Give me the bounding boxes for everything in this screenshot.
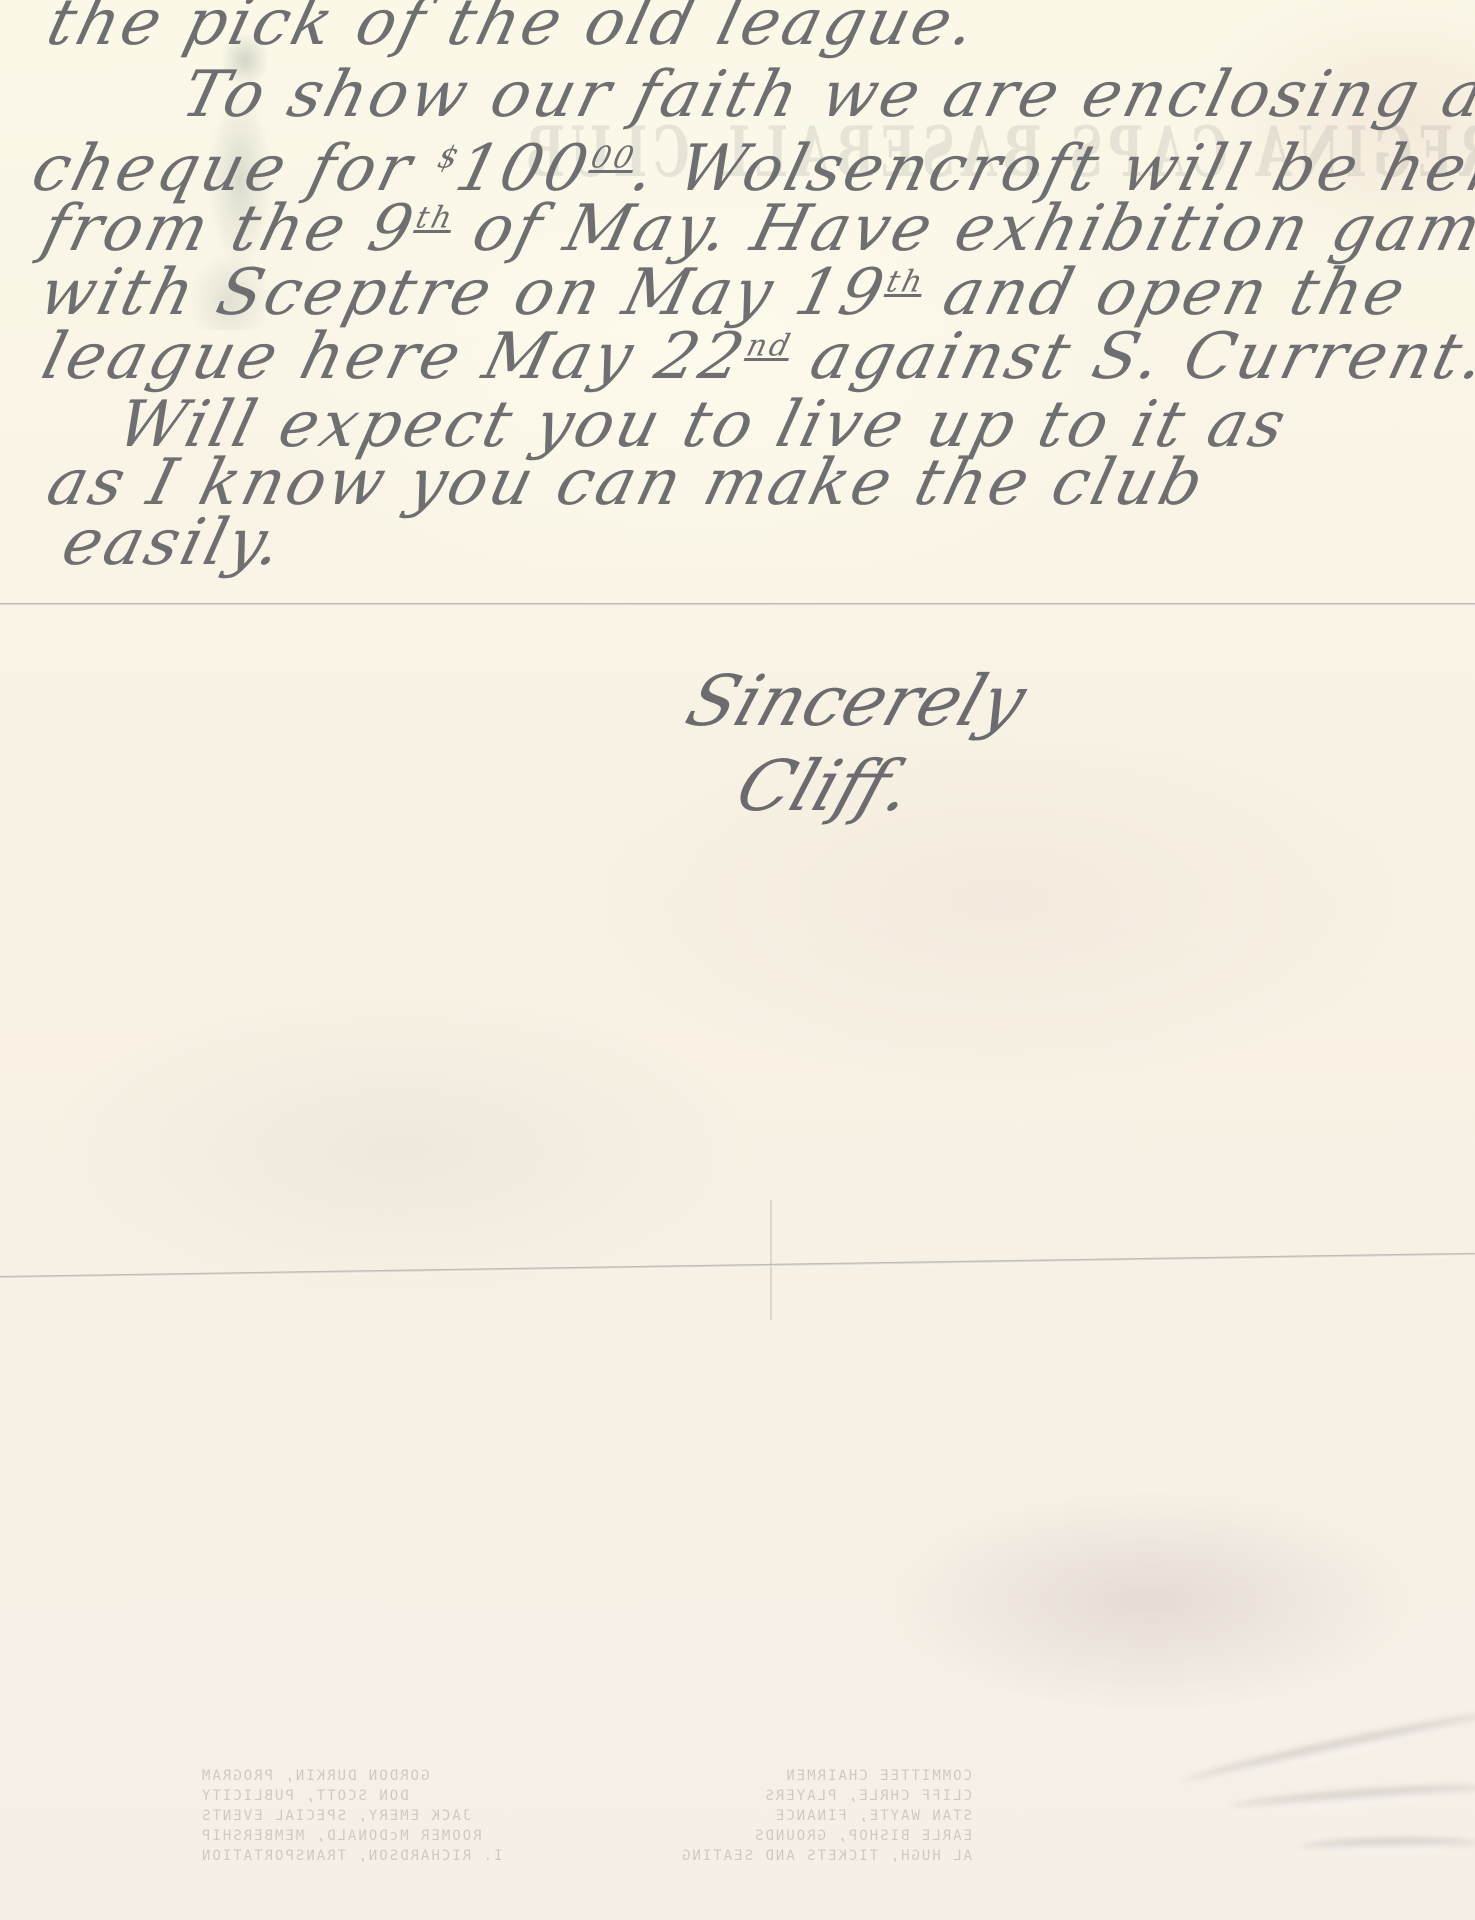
- opponent-text: against S. Current.: [780, 320, 1475, 394]
- footer-line: EARLE BISHOP, GROUNDS: [680, 1826, 972, 1846]
- footer-line: CLIFF CHRLE, PLAYERS: [680, 1786, 972, 1806]
- closing-sincerely: Sincerely: [677, 660, 1037, 742]
- league-text: league here May 22: [35, 320, 754, 394]
- letter-line-6: league here May 22nd against S. Current.: [35, 320, 1475, 394]
- footer-line: COMMITTEE CHAIRMEN: [680, 1766, 972, 1786]
- footer-line: I. RICHARDSON, TRANSPORTATION: [200, 1846, 502, 1866]
- footer-line: GORDON DURKIN, PROGRAM: [200, 1766, 502, 1786]
- footer-left-showthrough: GORDON DURKIN, PROGRAM DON SCOTT, PUBLIC…: [200, 1766, 502, 1866]
- footer-line: STAN WAYTE, FINANCE: [680, 1806, 972, 1826]
- letter-line-4: from the 9th of May. Have exhibition gam…: [35, 192, 1475, 266]
- sceptre-text: with Sceptre on May 19: [32, 256, 894, 330]
- footer-center-showthrough: COMMITTEE CHAIRMEN CLIFF CHRLE, PLAYERS …: [680, 1766, 972, 1866]
- footer-line: AL HUGH, TICKETS AND SEATING: [680, 1846, 972, 1866]
- scanned-letter-page: REGINA CAPS BASEBALL CLUB the pick of th…: [0, 0, 1475, 1920]
- paper-wrinkle: [1230, 1781, 1475, 1813]
- date-text: from the 9: [35, 192, 423, 266]
- vertical-crease: [770, 1200, 772, 1320]
- horizontal-fold-lower: [0, 1253, 1475, 1279]
- paper-wrinkle: [1300, 1836, 1475, 1853]
- footer-line: ROOMER McDONALD, MEMBERSHIP: [200, 1826, 502, 1846]
- open-text: and open the: [913, 256, 1415, 330]
- horizontal-fold-upper: [0, 603, 1475, 606]
- exhibition-text: of May. Have exhibition game: [442, 192, 1475, 266]
- footer-line: DON SCOTT, PUBLICITY: [200, 1786, 502, 1806]
- signature-cliff: Cliff.: [727, 745, 924, 827]
- letter-line-1: the pick of the old league.: [40, 0, 986, 60]
- paper-wrinkle: [1182, 1707, 1475, 1787]
- letter-line-5: with Sceptre on May 19th and open the: [32, 256, 1415, 330]
- letter-line-2: To show our faith we are enclosing a: [175, 58, 1475, 132]
- letter-line-9: easily.: [55, 506, 292, 580]
- footer-line: JACK EMERY, SPECIAL EVENTS: [200, 1806, 502, 1826]
